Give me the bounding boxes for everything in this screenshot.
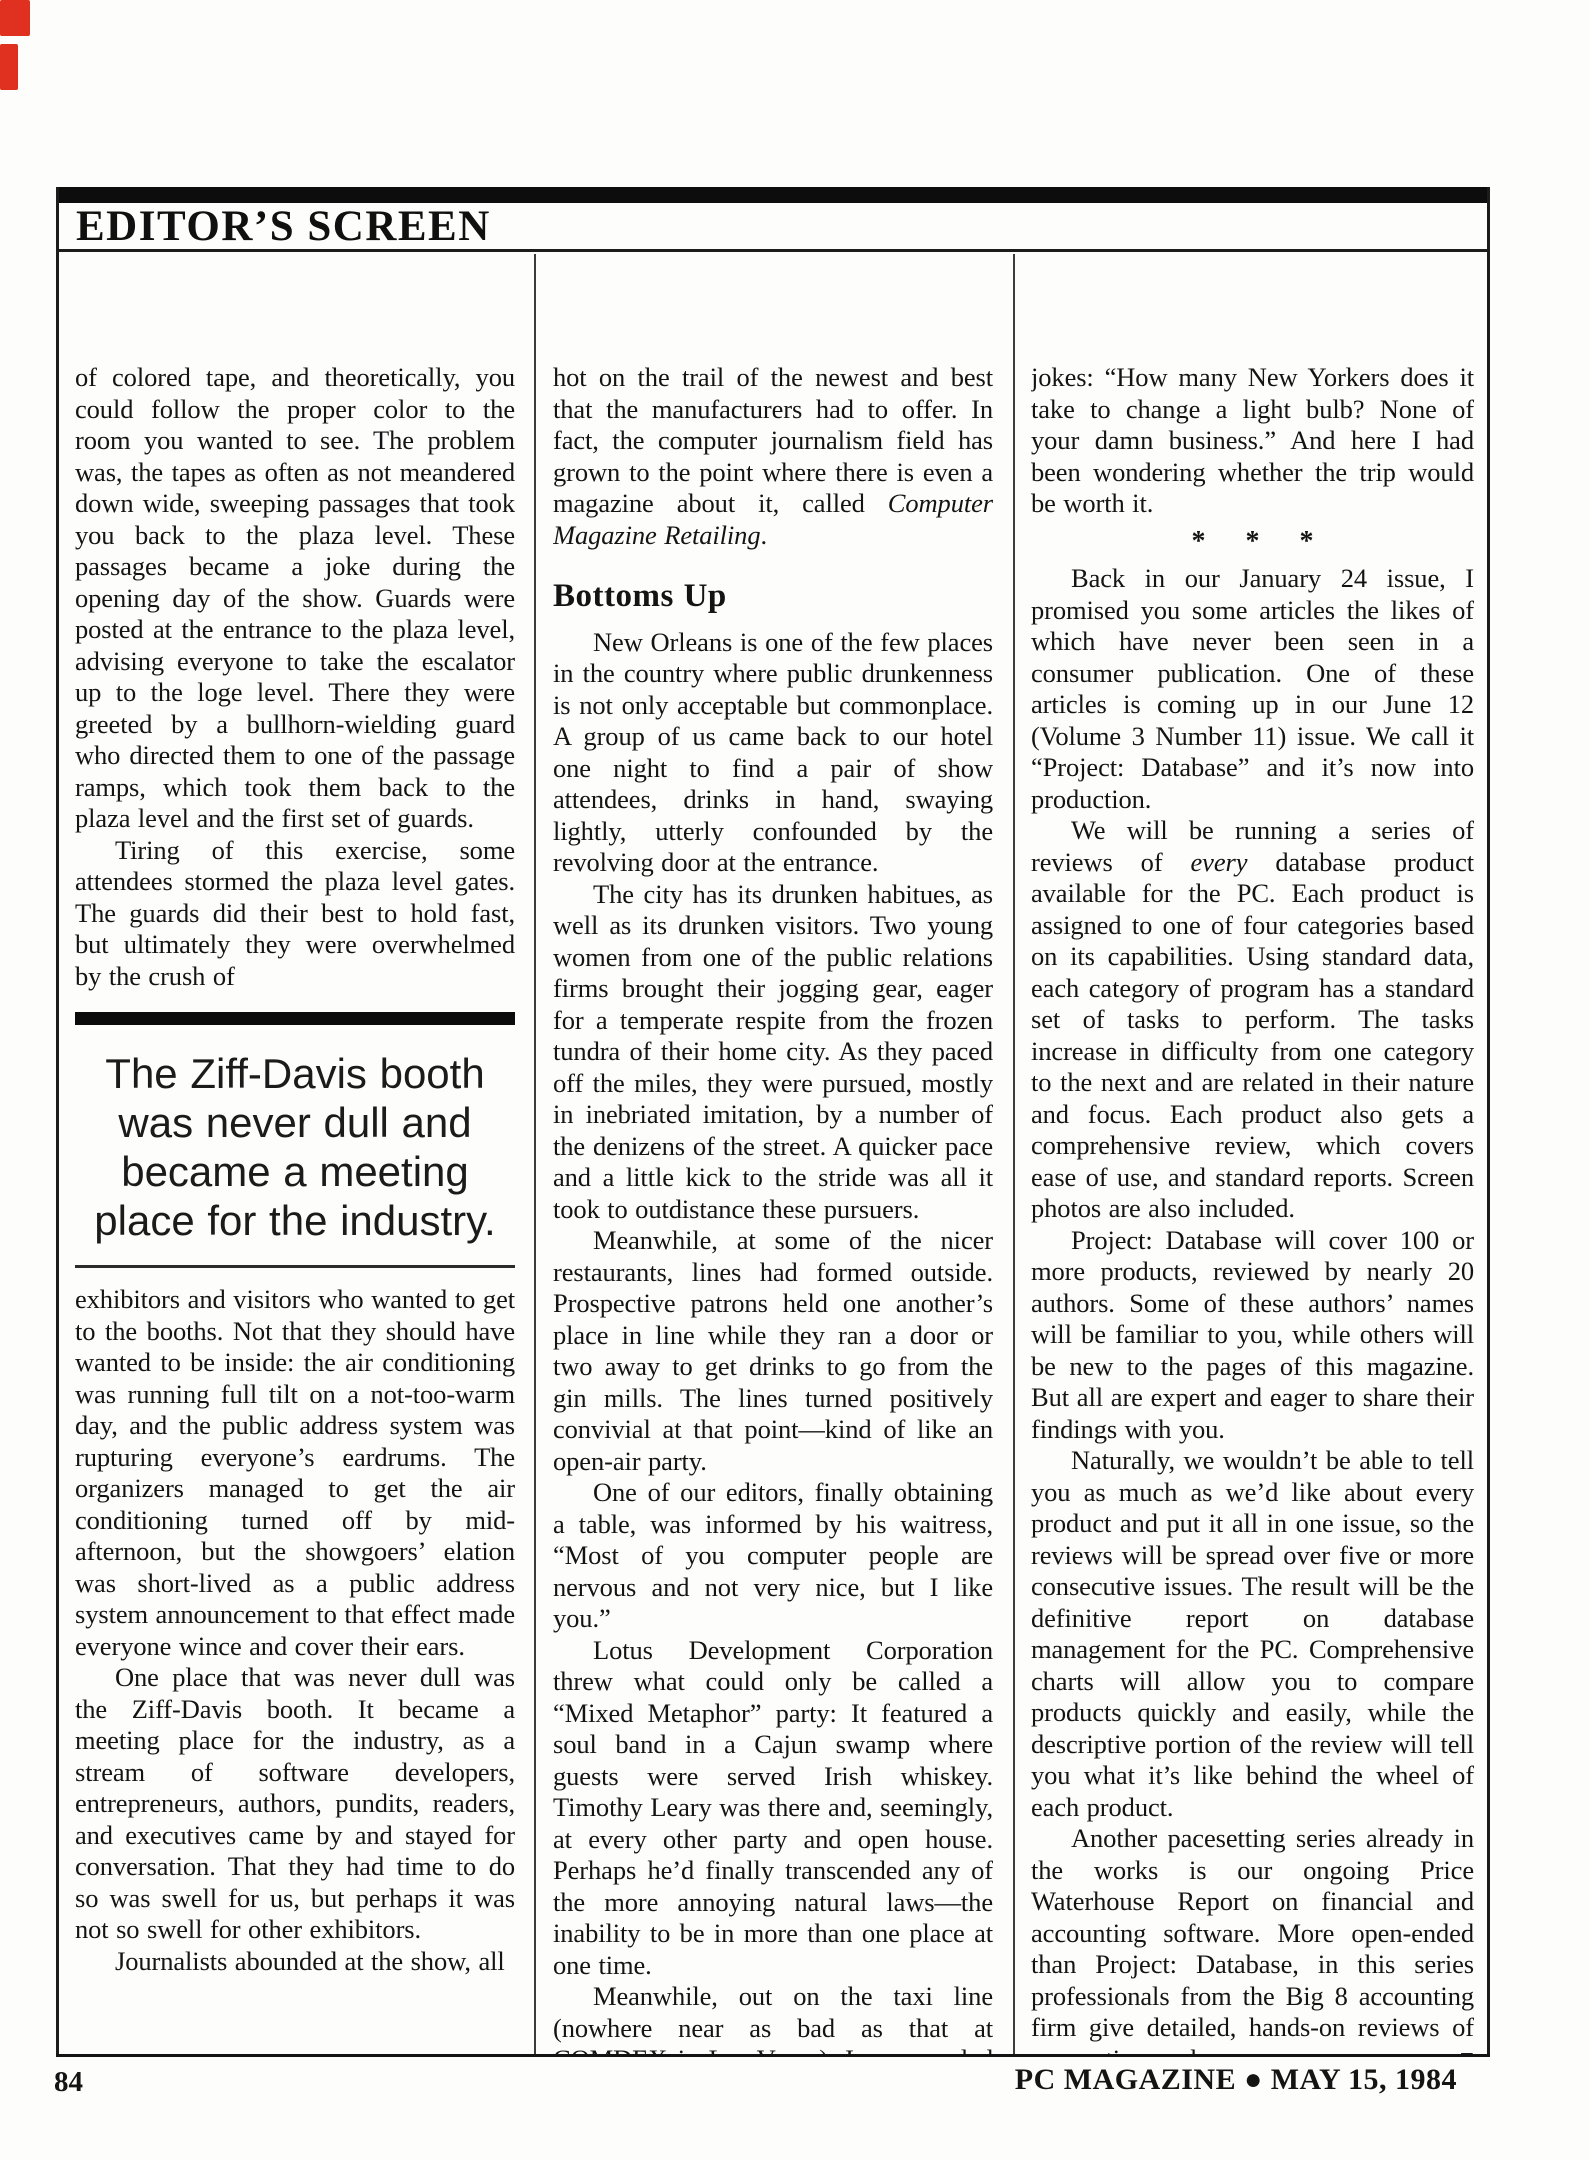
body-paragraph: The city has its drunken habitues, as we… <box>553 879 993 1226</box>
column-2: hot on the trail of the newest and best … <box>553 362 993 2054</box>
column-1: of colored tape, and theoretically, you … <box>75 362 515 2054</box>
body-paragraph: hot on the trail of the newest and best … <box>553 362 993 551</box>
scan-artifact-red <box>0 0 30 36</box>
body-paragraph: of colored tape, and theoretically, you … <box>75 362 515 835</box>
masthead-top-bar <box>57 187 1490 203</box>
column-divider <box>1013 254 1015 2054</box>
column-divider <box>534 254 536 2054</box>
asterisk-separator: * * * <box>1031 526 1474 558</box>
footer-issue-line: PC MAGAZINE ● MAY 15, 1984 <box>1015 2063 1457 2097</box>
body-paragraph: One place that was never dull was the Zi… <box>75 1662 515 1946</box>
italic-word: every <box>1191 847 1248 877</box>
body-paragraph: exhibitors and visitors who wanted to ge… <box>75 1284 515 1662</box>
body-paragraph: jokes: “How many New Yorkers does it tak… <box>1031 362 1474 520</box>
paragraph-text: . <box>761 520 768 550</box>
pull-quote-top-bar <box>75 1012 515 1025</box>
page-border-left <box>56 187 59 2057</box>
body-paragraph: Journalists abounded at the show, all <box>75 1946 515 1978</box>
body-paragraph: Back in our January 24 issue, I promised… <box>1031 563 1474 815</box>
paragraph-text: database product available for the PC. E… <box>1031 847 1474 1224</box>
body-paragraph: Project: Database will cover 100 or more… <box>1031 1225 1474 1446</box>
body-paragraph: Tiring of this exercise, some attendees … <box>75 835 515 993</box>
body-paragraph: Another pacesetting series already in th… <box>1031 1823 1474 2054</box>
pull-quote-bottom-rule <box>75 1265 515 1268</box>
pull-quote: The Ziff-Davis booth was never dull and … <box>75 1012 515 1268</box>
body-paragraph: Meanwhile, out on the taxi line (nowhere… <box>553 1981 993 2054</box>
page-border-right <box>1487 187 1490 2057</box>
pull-quote-text: The Ziff-Davis booth was never dull and … <box>75 1025 515 1265</box>
column-3: jokes: “How many New Yorkers does it tak… <box>1031 362 1474 2054</box>
section-title: EDITOR’S SCREEN <box>76 202 1076 251</box>
section-heading: Bottoms Up <box>553 581 993 613</box>
page-border-bottom <box>56 2054 1490 2057</box>
body-paragraph: Meanwhile, at some of the nicer restaura… <box>553 1225 993 1477</box>
footer-page-number: 84 <box>54 2066 83 2099</box>
paragraph-text: Another pacesetting series already in th… <box>1031 1823 1474 2054</box>
body-paragraph: Naturally, we wouldn’t be able to tell y… <box>1031 1445 1474 1823</box>
article-end-mark: ■ <box>1420 2044 1474 2055</box>
body-paragraph: We will be running a series of reviews o… <box>1031 815 1474 1225</box>
body-paragraph: One of our editors, finally obtaining a … <box>553 1477 993 1635</box>
magazine-page: EDITOR’S SCREEN of colored tape, and the… <box>0 0 1590 2160</box>
scan-artifact-red <box>0 44 18 90</box>
masthead-rule <box>57 249 1490 252</box>
body-paragraph: Lotus Development Corporation threw what… <box>553 1635 993 1982</box>
body-paragraph: New Orleans is one of the few places in … <box>553 627 993 879</box>
